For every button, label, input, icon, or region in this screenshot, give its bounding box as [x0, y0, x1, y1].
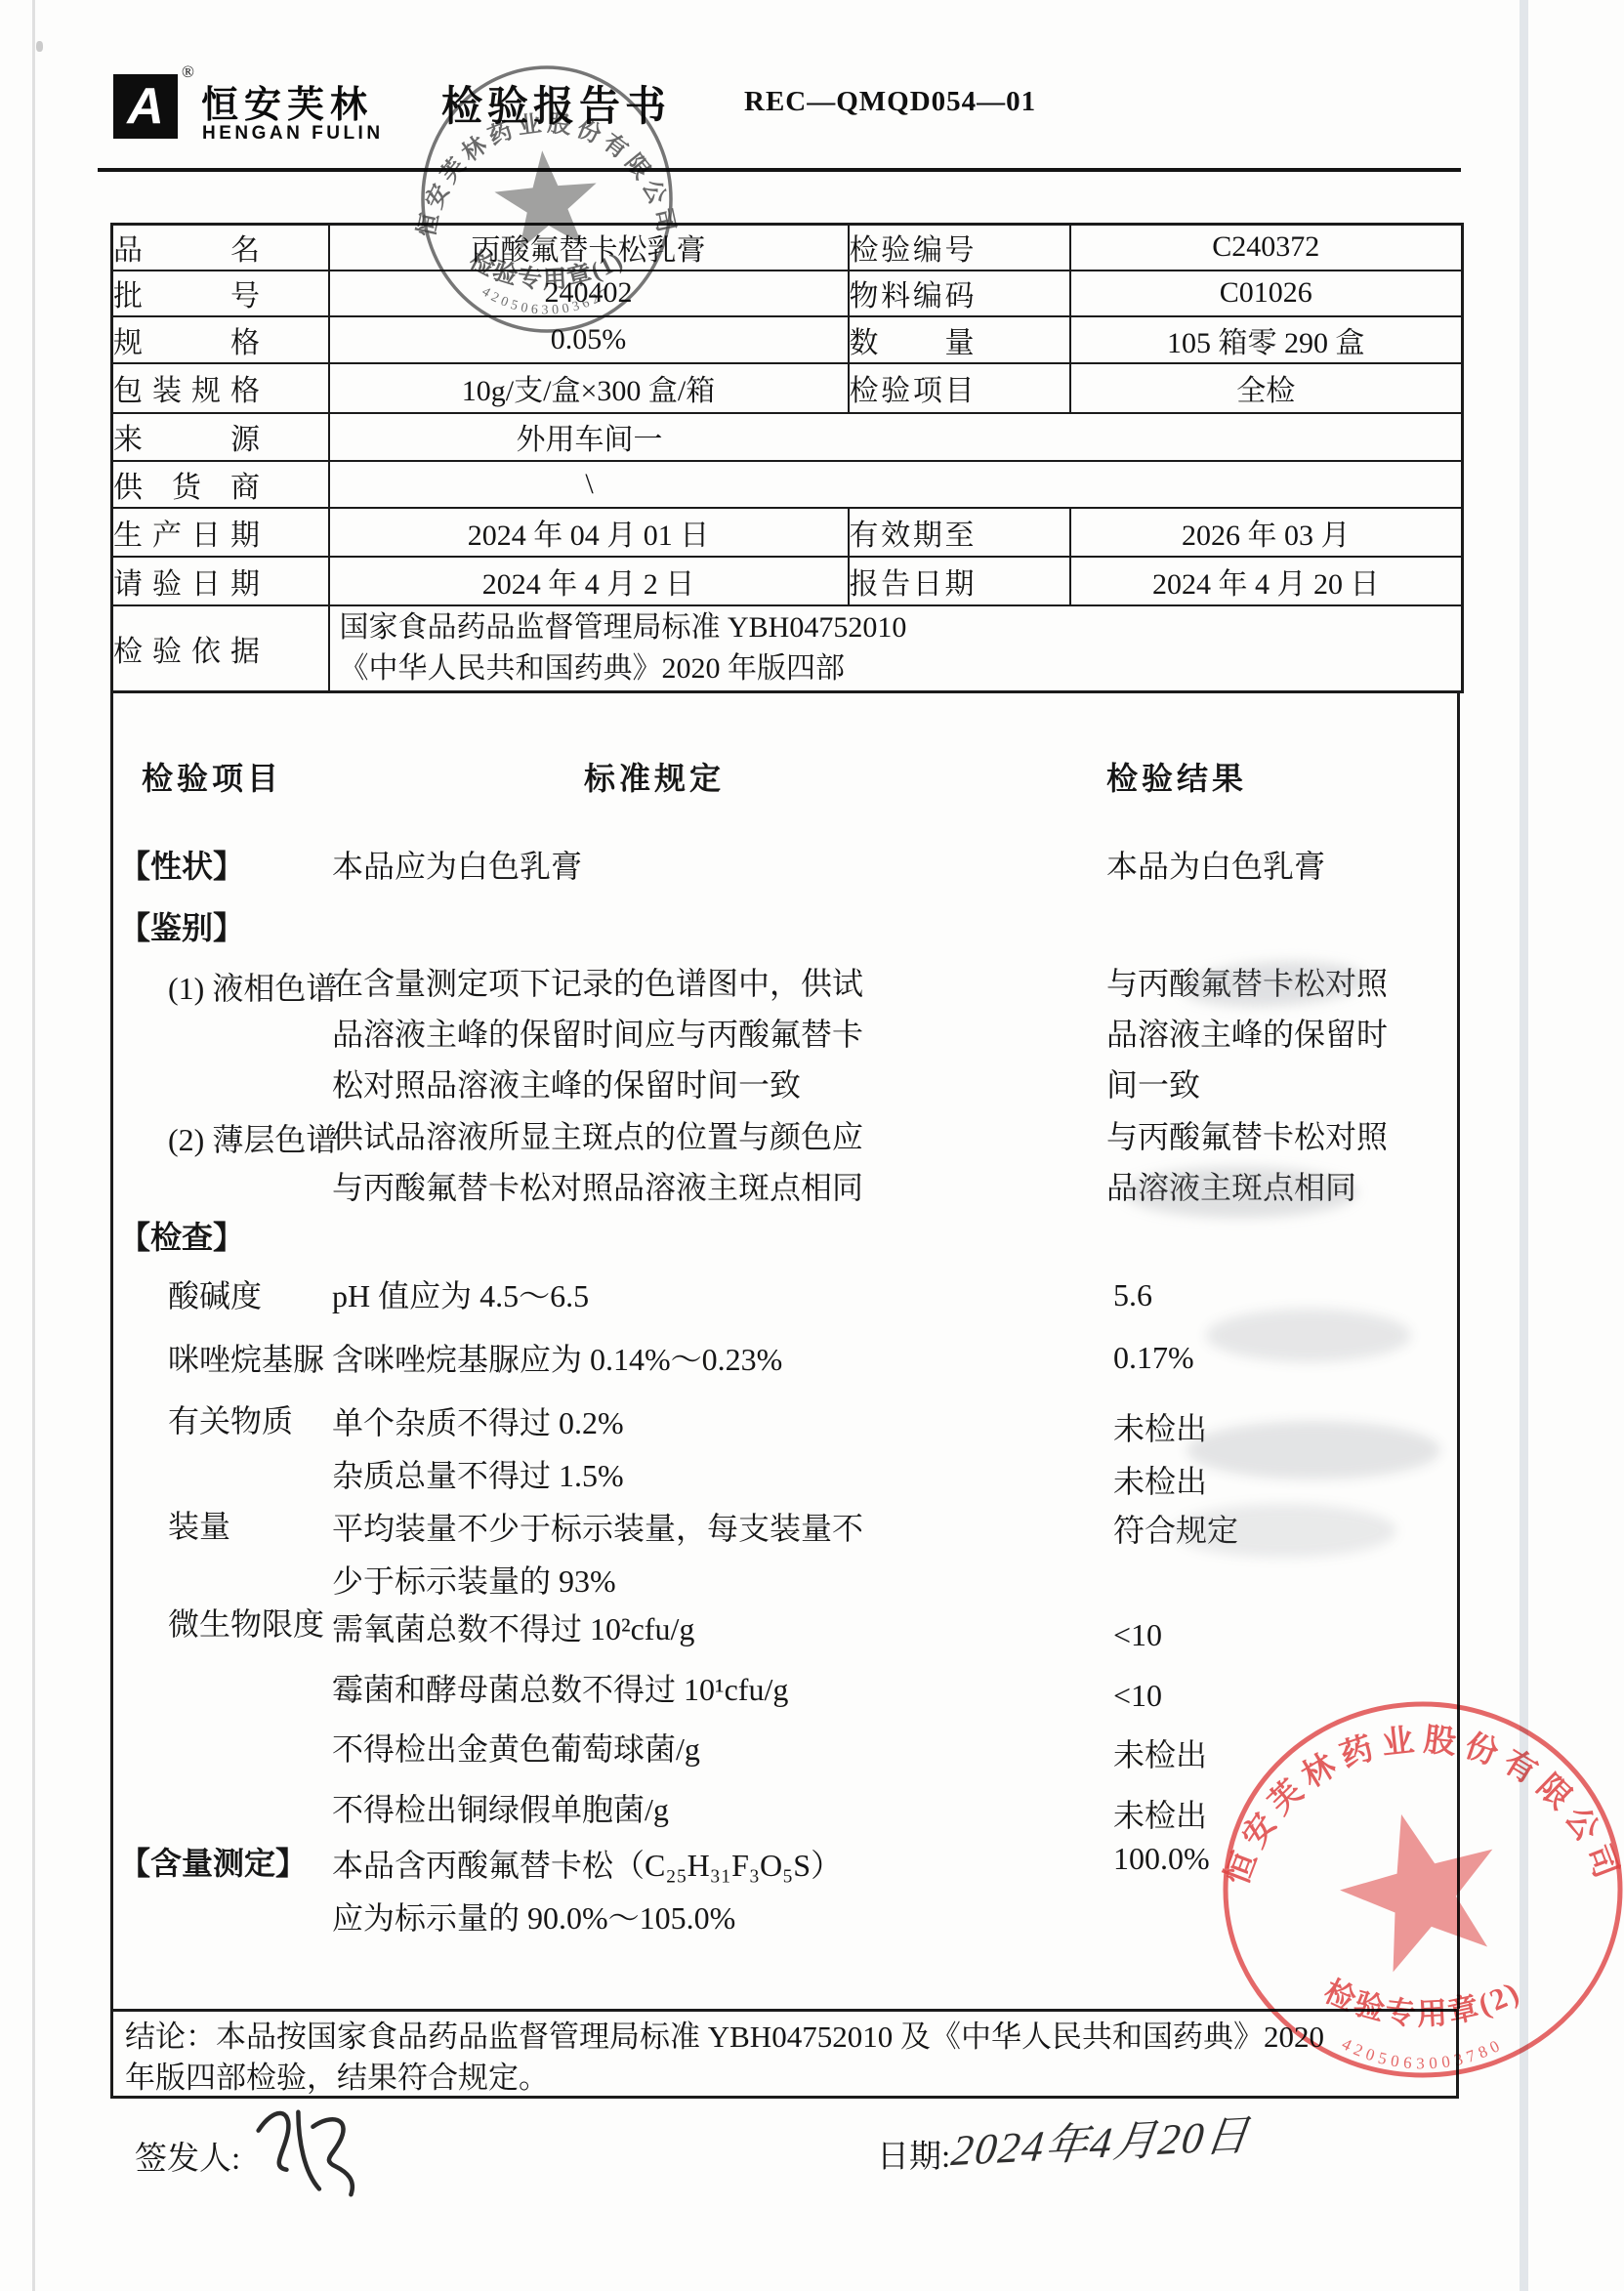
- hanliang-standard: 本品含丙酸氟替卡松（C₂₅H₃₁F₃O₅S） 应为标示量的 90.0%～105.…: [332, 1839, 842, 1944]
- hanliang-result: 100.0%: [1113, 1841, 1210, 1877]
- table-row-supplier: 供货商 \: [112, 461, 1463, 508]
- field-value: 2024 年 4 月 2 日: [329, 557, 849, 605]
- logo-letter: A: [127, 81, 164, 132]
- company-logo-mark: A: [113, 74, 178, 139]
- ink-smudge: [1187, 1421, 1440, 1479]
- inspection-stamp-1: 恒安芙林药业股份有限公司 检验专用章(1) 4205063003627: [410, 43, 684, 336]
- micro-standard: 需氧菌总数不得过 10²cfu/g 霉菌和酵母菌总数不得过 10¹cfu/g 不…: [332, 1600, 788, 1840]
- table-row: 请验日期 2024 年 4 月 2 日 报告日期 2024 年 4 月 20 日: [112, 557, 1463, 605]
- micro-result: <10 <10 未检出 未检出: [1113, 1605, 1207, 1846]
- impurity-label: 有关物质: [168, 1396, 293, 1441]
- field-label: 检验编号: [850, 226, 975, 269]
- section-jiancha: 【检查】: [119, 1213, 244, 1258]
- std-line: 品溶液主峰的保留时间应与丙酸氟替卡: [332, 1009, 863, 1060]
- rec-code: REC—QMQD054—01: [744, 86, 1036, 118]
- std-line: 供试品溶液所显主斑点的位置与颜色应: [332, 1111, 863, 1162]
- table-row: 批号 240402 物料编码 C01026: [112, 271, 1463, 316]
- scan-edge-left: [32, 0, 35, 2291]
- field-label: 物料编码: [850, 271, 975, 314]
- std-line: 杂质总量不得过 1.5%: [332, 1449, 624, 1502]
- table-row: 生产日期 2024 年 04 月 01 日 有效期至 2026 年 03 月: [112, 508, 1463, 557]
- scan-speckle: [36, 41, 43, 52]
- field-label: 数量: [850, 318, 975, 361]
- field-label: 规格: [113, 318, 260, 361]
- ph-standard: pH 值应为 4.5～6.5: [332, 1271, 589, 1316]
- std-line: 不得检出铜绿假单胞菌/g: [332, 1780, 788, 1841]
- res-line: 未检出: [1113, 1455, 1207, 1508]
- micro-label: 微生物限度: [168, 1600, 324, 1645]
- ink-smudge: [1123, 1167, 1357, 1218]
- company-name-cn: 恒安芙林: [201, 74, 373, 128]
- table-row-source: 来源 外用车间一: [112, 413, 1463, 461]
- std-line: 平均装量不少于标示装量，每支装量不: [332, 1502, 863, 1555]
- field-label: 品名: [113, 226, 260, 269]
- res-line: 与丙酸氟替卡松对照: [1106, 1111, 1388, 1162]
- field-label: 供货商: [113, 463, 260, 506]
- imid-label: 咪唑烷基脲: [168, 1335, 324, 1380]
- std-line: 与丙酸氟替卡松对照品溶液主斑点相同: [332, 1162, 863, 1213]
- res-line: 间一致: [1106, 1060, 1388, 1110]
- field-label: 请验日期: [113, 560, 260, 603]
- field-label: 包装规格: [113, 366, 260, 409]
- field-label: 生产日期: [113, 511, 260, 554]
- std-line: 应为标示量的 90.0%～105.0%: [332, 1892, 842, 1944]
- ph-label: 酸碱度: [168, 1271, 262, 1316]
- field-label: 报告日期: [850, 560, 975, 603]
- res-line: 品溶液主峰的保留时: [1106, 1009, 1388, 1060]
- std-line: 本品含丙酸氟替卡松（C₂₅H₃₁F₃O₅S）: [332, 1839, 842, 1892]
- xingzhuang-standard: 本品应为白色乳膏: [332, 842, 582, 887]
- field-value: C240372: [1070, 225, 1463, 271]
- section-hanliang: 【含量测定】: [119, 1839, 307, 1884]
- svg-text:检验专用章(2): 检验专用章(2): [1319, 1974, 1526, 2031]
- fill-label: 装量: [168, 1502, 230, 1547]
- ink-smudge: [1172, 1504, 1396, 1558]
- table-row: 品名 丙酸氟替卡松乳膏 检验编号 C240372: [112, 225, 1463, 271]
- res-line: <10: [1113, 1605, 1207, 1666]
- field-label: 有效期至: [850, 511, 975, 554]
- field-value: 2024 年 4 月 20 日: [1070, 557, 1463, 605]
- product-info-table: 品名 丙酸氟替卡松乳膏 检验编号 C240372 批号 240402 物料编码 …: [110, 223, 1464, 693]
- field-value: C01026: [1070, 271, 1463, 316]
- jianbie-item2-standard: 供试品溶液所显主斑点的位置与颜色应 与丙酸氟替卡松对照品溶液主斑点相同: [332, 1111, 863, 1213]
- imid-result: 0.17%: [1113, 1340, 1194, 1376]
- inspection-stamp-2: 恒安芙林药业股份有限公司 检验专用章(2) 4205063003780: [1213, 1694, 1624, 2085]
- jianbie-item1-standard: 在含量测定项下记录的色谱图中，供试 品溶液主峰的保留时间应与丙酸氟替卡 松对照品…: [332, 958, 863, 1110]
- res-line: 未检出: [1113, 1786, 1207, 1847]
- jianbie-item2-label: (2) 薄层色谱: [168, 1115, 337, 1160]
- section-jianbie: 【鉴别】: [119, 903, 244, 948]
- field-value: 105 箱零 290 盒: [1070, 316, 1463, 363]
- ph-result: 5.6: [1113, 1277, 1152, 1313]
- section-xingzhuang: 【性状】: [119, 842, 244, 887]
- res-line: <10: [1113, 1666, 1207, 1727]
- basis-line: 国家食品药品监督管理局标准 YBH04752010: [330, 607, 1462, 648]
- field-value: 2024 年 04 月 01 日: [329, 508, 849, 557]
- field-value: 10g/支/盒×300 盒/箱: [329, 363, 849, 413]
- field-label: 检验项目: [850, 366, 975, 409]
- field-label: 批号: [113, 271, 260, 314]
- body-left-border: [110, 690, 113, 2009]
- table-row-basis: 检验依据 国家食品药品监督管理局标准 YBH04752010 《中华人民共和国药…: [112, 605, 1463, 692]
- signer-label: 签发人:: [135, 2133, 240, 2179]
- imid-standard: 含咪唑烷基脲应为 0.14%～0.23%: [332, 1335, 782, 1380]
- signer-signature: [242, 2090, 379, 2207]
- company-name-en: HENGAN FULIN: [202, 123, 384, 145]
- field-value: 全检: [1070, 363, 1463, 413]
- std-line: 松对照品溶液主峰的保留时间一致: [332, 1060, 863, 1110]
- field-value: 2026 年 03 月: [1070, 508, 1463, 557]
- table-row: 包装规格 10g/支/盒×300 盒/箱 检验项目 全检: [112, 363, 1463, 413]
- table-row: 规格 0.05% 数量 105 箱零 290 盒: [112, 316, 1463, 363]
- handwritten-date: 2024年4月20日: [948, 2100, 1255, 2179]
- col-header-result: 检验结果: [1106, 754, 1247, 799]
- std-line: 霉菌和酵母菌总数不得过 10¹cfu/g: [332, 1660, 788, 1721]
- field-label: 检验依据: [113, 627, 260, 670]
- res-line: 未检出: [1113, 1726, 1207, 1786]
- date-label: 日期:: [877, 2131, 950, 2177]
- basis-line: 《中华人民共和国药典》2020 年版四部: [330, 648, 1462, 689]
- field-value: 外用车间一: [330, 415, 850, 458]
- std-line: 在含量测定项下记录的色谱图中，供试: [332, 958, 863, 1009]
- std-line: 单个杂质不得过 0.2%: [332, 1396, 624, 1449]
- field-label: 来源: [113, 415, 260, 458]
- std-line: 需氧菌总数不得过 10²cfu/g: [332, 1600, 788, 1660]
- header-rule: [98, 168, 1461, 172]
- fill-standard: 平均装量不少于标示装量，每支装量不 少于标示装量的 93%: [332, 1502, 863, 1607]
- field-value: \: [330, 468, 850, 501]
- inspection-report-page: A ® 恒安芙林 HENGAN FULIN 检验报告书 REC—QMQD054—…: [0, 0, 1624, 2291]
- jianbie-item1-label: (1) 液相色谱: [168, 964, 337, 1009]
- std-line: 不得检出金黄色葡萄球菌/g: [332, 1720, 788, 1780]
- col-header-standard: 标准规定: [584, 754, 725, 799]
- impurity-standard: 单个杂质不得过 0.2% 杂质总量不得过 1.5%: [332, 1396, 624, 1502]
- col-header-item: 检验项目: [142, 754, 282, 799]
- registered-trademark-icon: ®: [182, 62, 194, 82]
- stamp2-label-text: 检验专用章(2): [1319, 1974, 1526, 2031]
- xingzhuang-result: 本品为白色乳膏: [1106, 842, 1325, 887]
- ink-smudge: [1206, 1309, 1411, 1362]
